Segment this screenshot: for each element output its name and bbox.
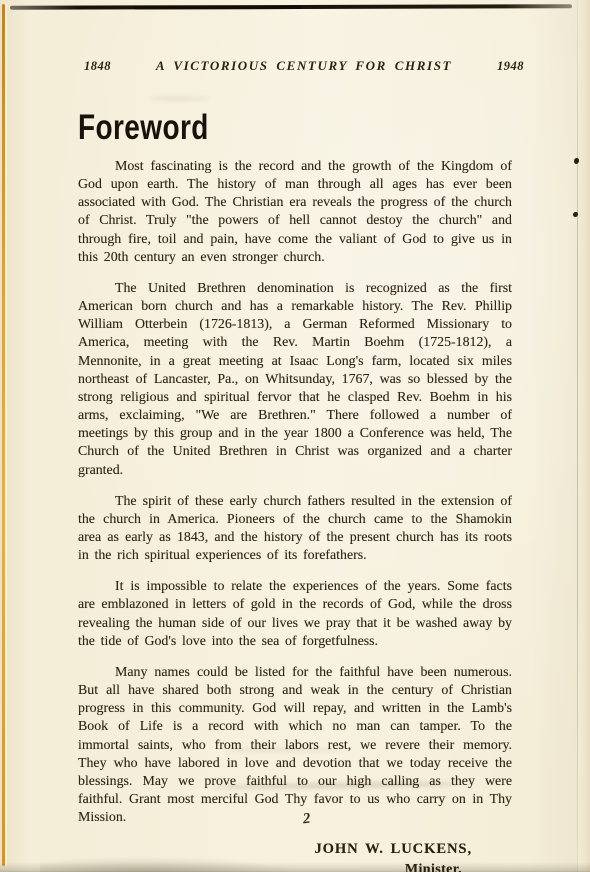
page-title: Foreword — [78, 108, 209, 148]
page-gilt-edge — [2, 4, 5, 866]
header-year-left: 1848 — [84, 59, 111, 74]
foreword-body: Most fascinating is the record and the g… — [78, 158, 512, 872]
ink-bleed-mark — [150, 96, 210, 101]
header-book-title: A VICTORIOUS CENTURY FOR CHRIST — [156, 58, 452, 74]
running-header: 1848 A VICTORIOUS CENTURY FOR CHRIST 194… — [84, 58, 524, 74]
paragraph: Many names could be listed for the faith… — [78, 664, 512, 827]
paragraph: It is impossible to relate the experienc… — [78, 578, 512, 651]
next-page-edge — [578, 0, 590, 872]
page-number: 2 — [302, 811, 311, 829]
scanned-book-page: { "page": { "header": { "year_left": "18… — [0, 0, 590, 872]
signature-block: JOHN W. LUCKENS, Minister. — [78, 840, 512, 872]
page-crease — [577, 0, 578, 872]
paragraph: The United Brethren denomination is reco… — [78, 280, 512, 480]
scan-edge-top — [10, 4, 572, 9]
signature-role: Minister. — [78, 861, 512, 872]
header-year-right: 1948 — [497, 59, 524, 74]
paragraph: Most fascinating is the record and the g… — [78, 158, 512, 267]
signature-name: JOHN W. LUCKENS, — [78, 840, 512, 858]
paragraph: The spirit of these early church fathers… — [78, 493, 512, 566]
